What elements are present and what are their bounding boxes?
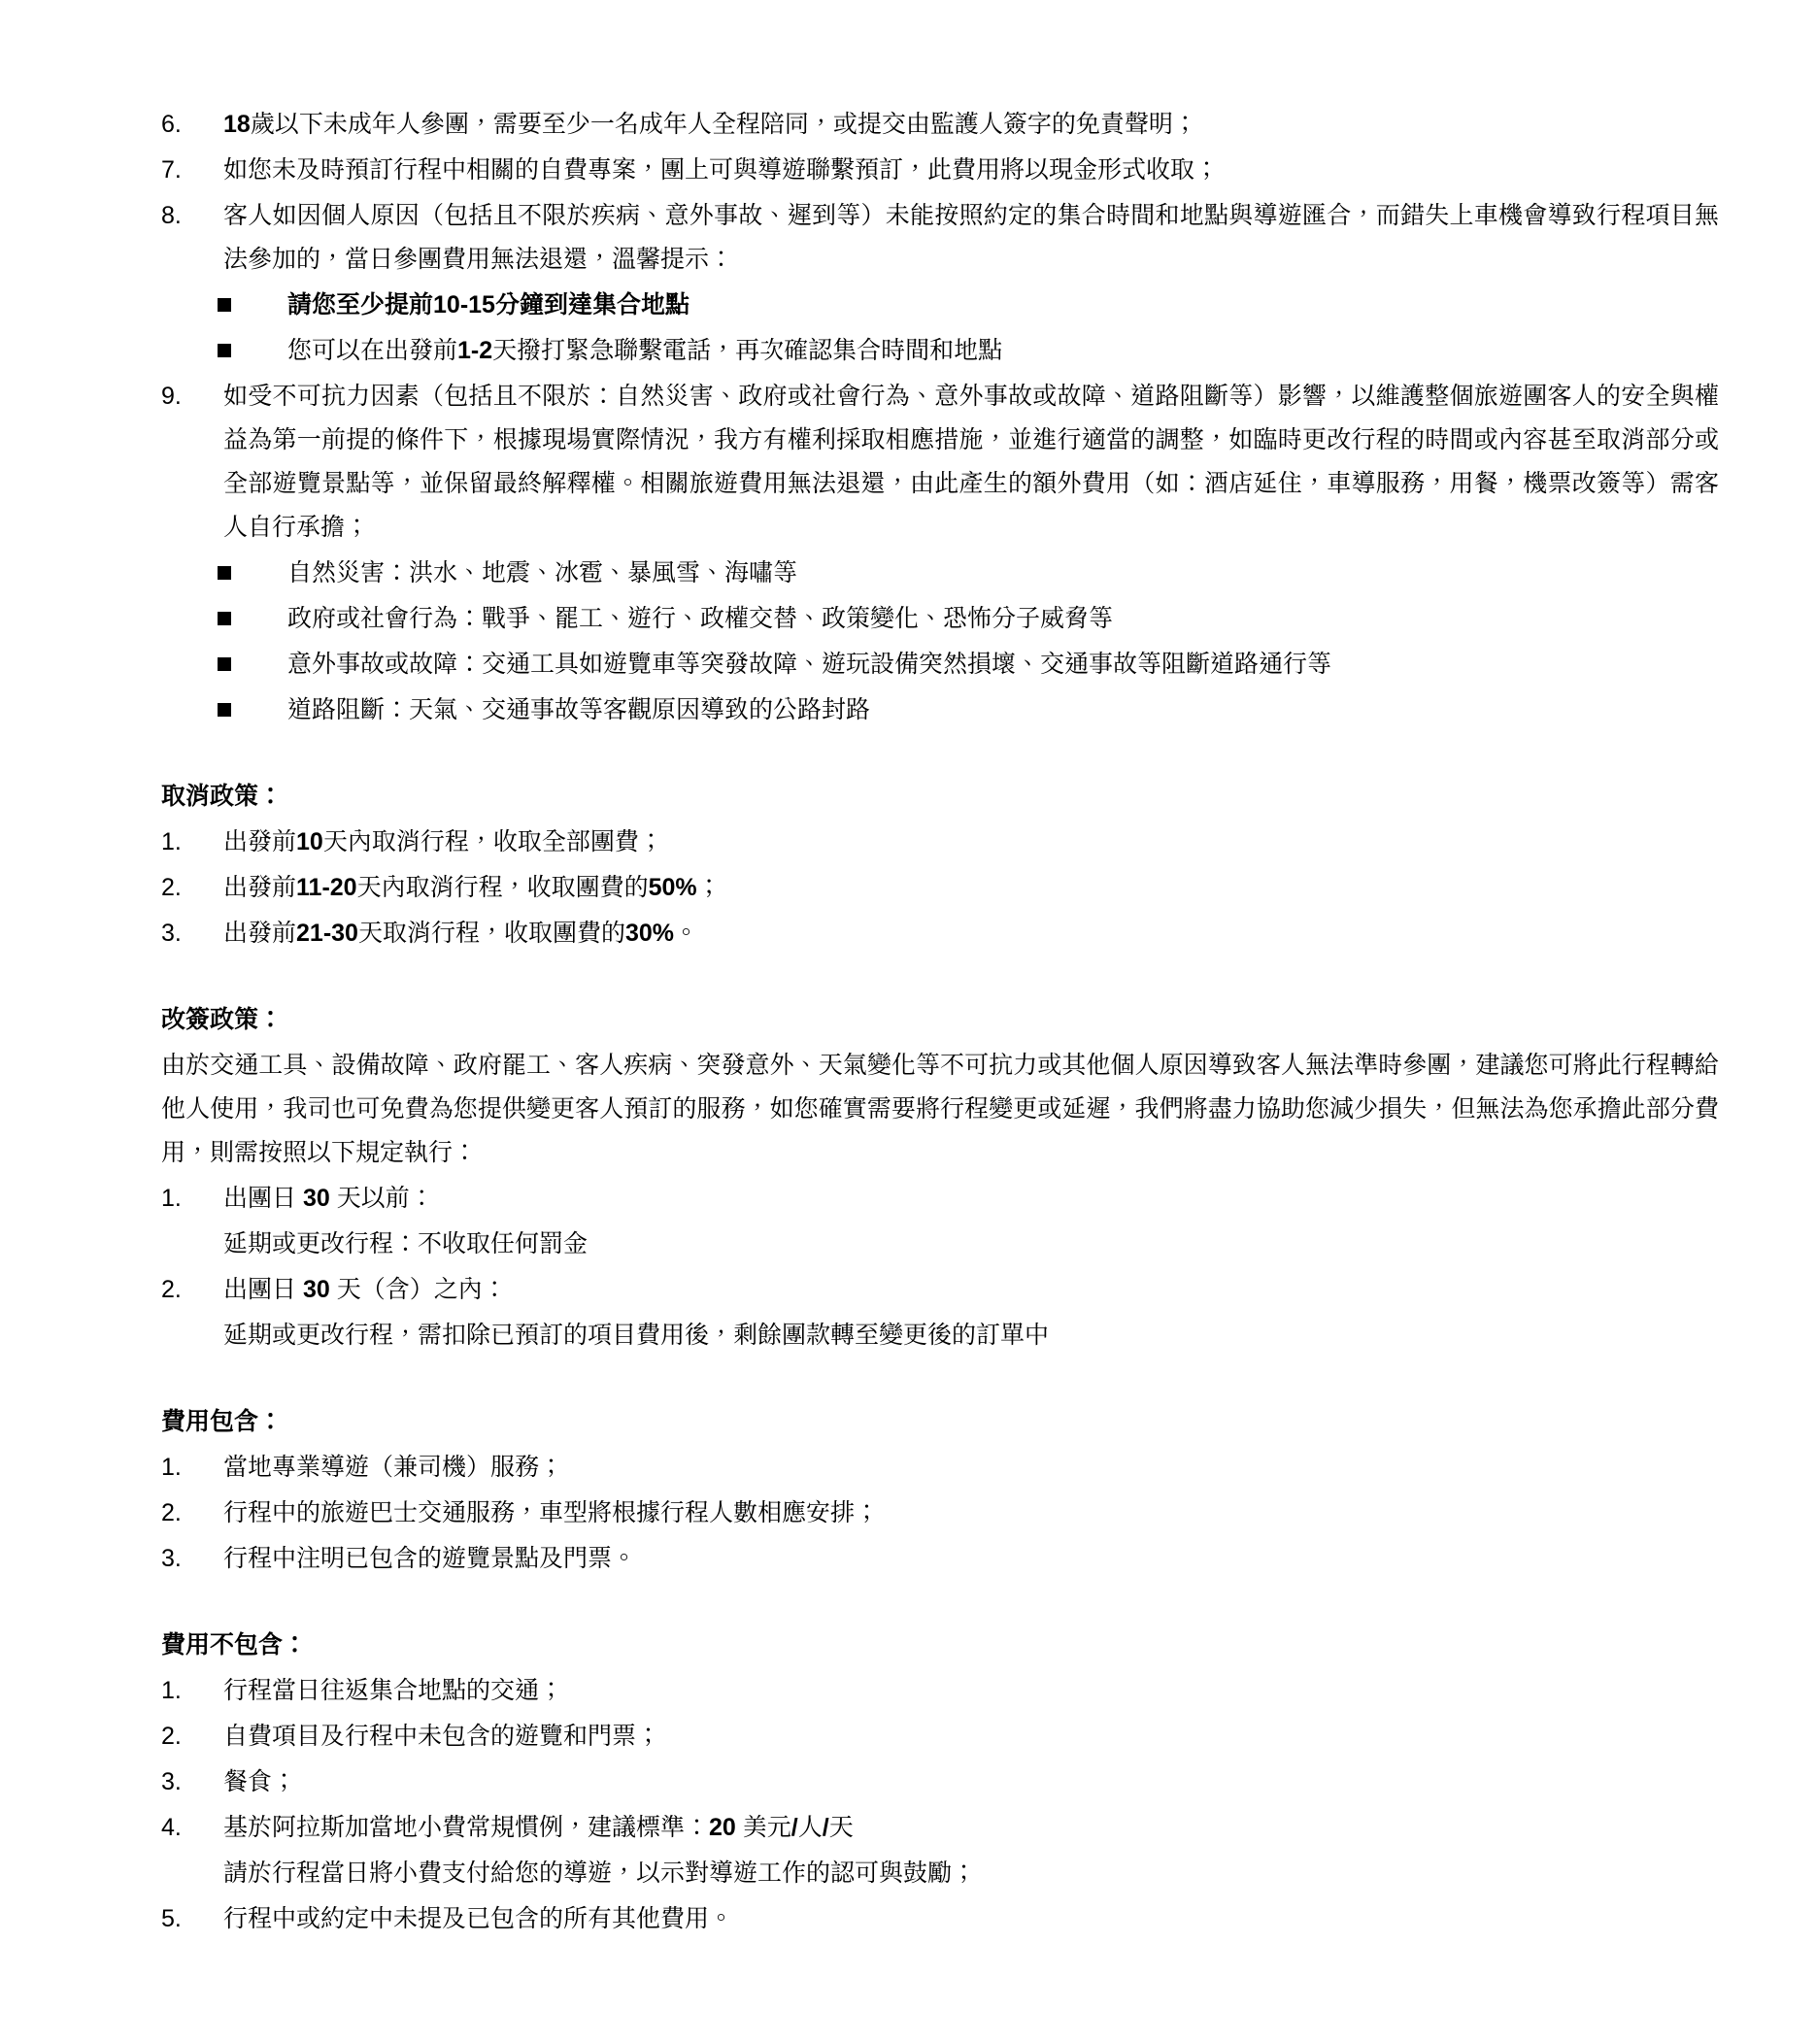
list-item-text: 行程中或約定中未提及已包含的所有其他費用。 (223, 1897, 1719, 1941)
bullet-item: 政府或社會行為：戰爭、罷工、遊行、政權交替、政策變化、恐怖分子威脅等 (161, 597, 1719, 641)
list-item-continuation: 請於行程當日將小費支付給您的導遊，以示對導遊工作的認可與鼓勵； (161, 1852, 1719, 1895)
bullet-marker (218, 688, 287, 732)
list-item: 2.行程中的旅遊巴士交通服務，車型將根據行程人數相應安排； (161, 1491, 1719, 1535)
list-item-number: 1. (161, 1669, 223, 1713)
document-content: 6.18歲以下未成年人參團，需要至少一名成年人全程陪同，或提交由監護人簽字的免責… (161, 103, 1719, 1943)
list-item: 1.當地專業導遊（兼司機）服務； (161, 1446, 1719, 1490)
ascii-emphasis: 50% (649, 874, 697, 901)
list-item: 4.基於阿拉斯加當地小費常規慣例，建議標準：20 美元/人/天 (161, 1806, 1719, 1850)
ascii-emphasis: 20 (709, 1814, 736, 1841)
list-item-number: 5. (161, 1897, 223, 1941)
bullet-marker (218, 329, 287, 373)
list-item-number: 3. (161, 912, 223, 955)
bullet-item: 意外事故或故障：交通工具如遊覽車等突發故障、遊玩設備突然損壞、交通事故等阻斷道路… (161, 643, 1719, 687)
list-item-text: 自費項目及行程中未包含的遊覽和門票； (223, 1715, 1719, 1759)
list-item-number: 1. (161, 821, 223, 864)
list-item-text: 18歲以下未成年人參團，需要至少一名成年人全程陪同，或提交由監護人簽字的免責聲明… (223, 103, 1719, 147)
square-bullet-icon (218, 612, 231, 625)
square-bullet-icon (218, 657, 231, 671)
ascii-emphasis: / (823, 1814, 829, 1841)
section-heading: 費用包含： (161, 1400, 1719, 1444)
ascii-emphasis: 1-2 (457, 337, 492, 364)
square-bullet-icon (218, 566, 231, 580)
ascii-emphasis: 30 (303, 1185, 330, 1212)
list-item-text: 行程中的旅遊巴士交通服務，車型將根據行程人數相應安排； (223, 1491, 1719, 1535)
bullet-marker (218, 552, 287, 595)
list-item: 1.出發前10天內取消行程，收取全部團費； (161, 821, 1719, 864)
list-item: 6.18歲以下未成年人參團，需要至少一名成年人全程陪同，或提交由監護人簽字的免責… (161, 103, 1719, 147)
bullet-marker (218, 597, 287, 641)
square-bullet-icon (218, 703, 231, 717)
list-item-text: 出發前10天內取消行程，收取全部團費； (223, 821, 1719, 864)
list-item-number: 7. (161, 149, 223, 192)
bullet-item-text: 道路阻斷：天氣、交通事故等客觀原因導致的公路封路 (287, 688, 1719, 732)
bullet-marker (218, 284, 287, 327)
section-heading: 費用不包含： (161, 1624, 1719, 1667)
list-item-number: 4. (161, 1806, 223, 1850)
list-item-text: 如您未及時預訂行程中相關的自費專案，團上可與導遊聯繫預訂，此費用將以現金形式收取… (223, 149, 1719, 192)
ascii-emphasis: 10 (296, 828, 323, 855)
list-item-text: 行程當日往返集合地點的交通； (223, 1669, 1719, 1713)
section-heading: 取消政策： (161, 775, 1719, 819)
list-item-number: 1. (161, 1446, 223, 1490)
list-item-continuation: 延期或更改行程，需扣除已預訂的項目費用後，剩餘團款轉至變更後的訂單中 (161, 1314, 1719, 1357)
list-item-number: 2. (161, 1715, 223, 1759)
bullet-item-text: 自然災害：洪水、地震、冰雹、暴風雪、海嘯等 (287, 552, 1719, 595)
list-item-text: 當地專業導遊（兼司機）服務； (223, 1446, 1719, 1490)
list-item-text: 基於阿拉斯加當地小費常規慣例，建議標準：20 美元/人/天 (223, 1806, 1719, 1850)
document-page: 6.18歲以下未成年人參團，需要至少一名成年人全程陪同，或提交由監護人簽字的免責… (0, 0, 1816, 2044)
list-item: 1.行程當日往返集合地點的交通； (161, 1669, 1719, 1713)
paragraph: 由於交通工具、設備故障、政府罷工、客人疾病、突發意外、天氣變化等不可抗力或其他個… (161, 1044, 1719, 1175)
ascii-emphasis: 18 (223, 111, 251, 138)
bullet-item: 請您至少提前10-15分鐘到達集合地點 (161, 284, 1719, 327)
bullet-item: 道路阻斷：天氣、交通事故等客觀原因導致的公路封路 (161, 688, 1719, 732)
bullet-item: 您可以在出發前1-2天撥打緊急聯繫電話，再次確認集合時間和地點 (161, 329, 1719, 373)
ascii-emphasis: 21-30 (296, 920, 358, 947)
ascii-emphasis: 10-15 (433, 291, 495, 318)
ascii-emphasis: 11-20 (296, 874, 357, 901)
ascii-emphasis: 30 (303, 1276, 330, 1303)
list-item-number: 3. (161, 1760, 223, 1804)
list-item-text: 出團日 30 天（含）之內： (223, 1268, 1719, 1312)
bullet-marker (218, 643, 287, 687)
list-item: 2.自費項目及行程中未包含的遊覽和門票； (161, 1715, 1719, 1759)
list-item-text: 客人如因個人原因（包括且不限於疾病、意外事故、遲到等）未能按照約定的集合時間和地… (223, 194, 1719, 282)
list-item-number: 1. (161, 1177, 223, 1221)
ascii-emphasis: / (791, 1814, 798, 1841)
list-item-number: 2. (161, 866, 223, 910)
list-item: 3.出發前21-30天取消行程，收取團費的30%。 (161, 912, 1719, 955)
list-item-text: 如受不可抗力因素（包括且不限於：自然災害、政府或社會行為、意外事故或故障、道路阻… (223, 375, 1719, 550)
square-bullet-icon (218, 344, 231, 357)
list-item: 1.出團日 30 天以前： (161, 1177, 1719, 1221)
list-item: 3.行程中注明已包含的遊覽景點及門票。 (161, 1537, 1719, 1581)
list-item: 3.餐食； (161, 1760, 1719, 1804)
list-item-continuation: 延期或更改行程：不收取任何罰金 (161, 1223, 1719, 1266)
list-item-number: 9. (161, 375, 223, 550)
square-bullet-icon (218, 298, 231, 312)
list-item-number: 6. (161, 103, 223, 147)
list-item-number: 2. (161, 1491, 223, 1535)
list-item-text: 出發前11-20天內取消行程，收取團費的50%； (223, 866, 1719, 910)
list-item-text: 出發前21-30天取消行程，收取團費的30%。 (223, 912, 1719, 955)
bullet-item-text: 政府或社會行為：戰爭、罷工、遊行、政權交替、政策變化、恐怖分子威脅等 (287, 597, 1719, 641)
bullet-item-text: 意外事故或故障：交通工具如遊覽車等突發故障、遊玩設備突然損壞、交通事故等阻斷道路… (287, 643, 1719, 687)
list-item-number: 2. (161, 1268, 223, 1312)
list-item: 2.出團日 30 天（含）之內： (161, 1268, 1719, 1312)
list-item-number: 8. (161, 194, 223, 282)
list-item-text: 出團日 30 天以前： (223, 1177, 1719, 1221)
ascii-emphasis: 30% (625, 920, 674, 947)
list-item: 2.出發前11-20天內取消行程，收取團費的50%； (161, 866, 1719, 910)
bullet-item-text: 請您至少提前10-15分鐘到達集合地點 (287, 284, 1719, 327)
list-item: 7.如您未及時預訂行程中相關的自費專案，團上可與導遊聯繫預訂，此費用將以現金形式… (161, 149, 1719, 192)
list-item-text: 行程中注明已包含的遊覽景點及門票。 (223, 1537, 1719, 1581)
bullet-item: 自然災害：洪水、地震、冰雹、暴風雪、海嘯等 (161, 552, 1719, 595)
bullet-item-text: 您可以在出發前1-2天撥打緊急聯繫電話，再次確認集合時間和地點 (287, 329, 1719, 373)
section-heading: 改簽政策： (161, 998, 1719, 1042)
list-item: 8.客人如因個人原因（包括且不限於疾病、意外事故、遲到等）未能按照約定的集合時間… (161, 194, 1719, 282)
list-item: 9.如受不可抗力因素（包括且不限於：自然災害、政府或社會行為、意外事故或故障、道… (161, 375, 1719, 550)
list-item-number: 3. (161, 1537, 223, 1581)
list-item-text: 餐食； (223, 1760, 1719, 1804)
list-item: 5.行程中或約定中未提及已包含的所有其他費用。 (161, 1897, 1719, 1941)
